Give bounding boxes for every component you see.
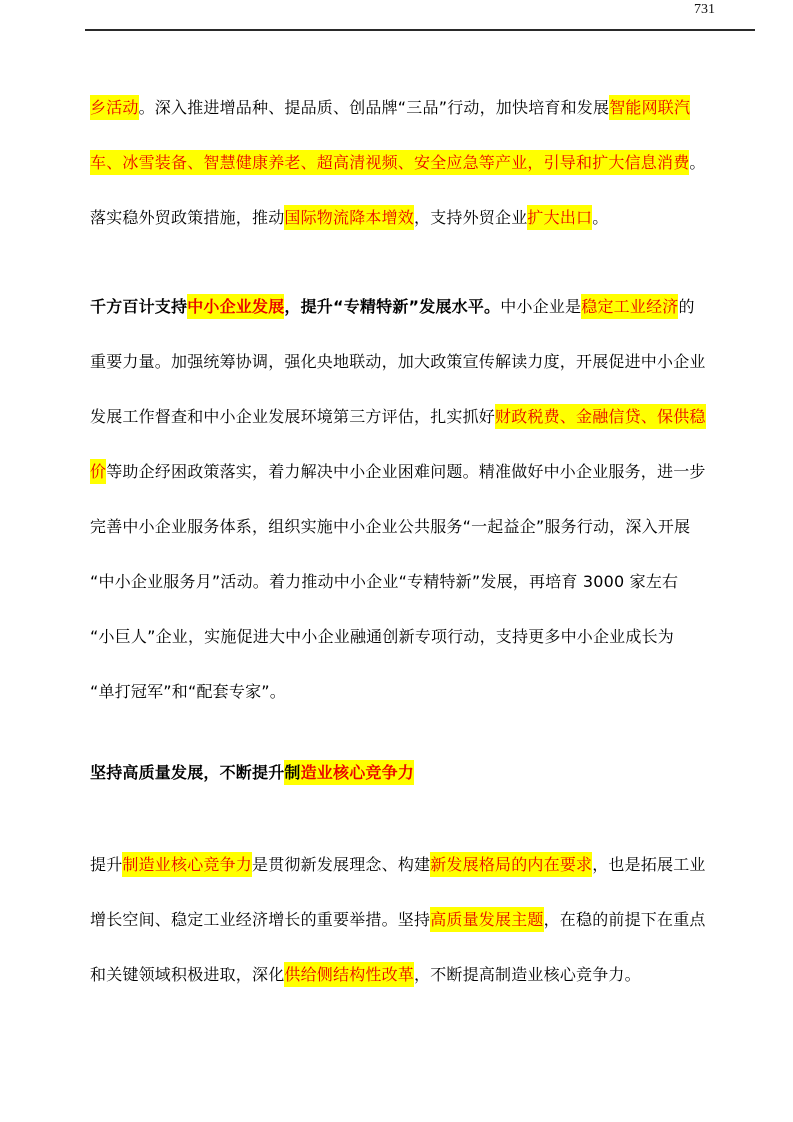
text-line: “小巨人”企业，实施促进大中小企业融通创新专项行动，支持更多中小企业成长为 bbox=[90, 609, 730, 664]
text-segment: 。深入推进增品种、提品质、创品牌“三品”行动，加快培育和发展 bbox=[139, 98, 610, 117]
text-segment: “小巨人”企业，实施促进大中小企业融通创新专项行动，支持更多中小企业成长为 bbox=[90, 627, 674, 646]
text-line: 千方百计支持中小企业发展，提升“专精特新”发展水平。中小企业是稳定工业经济的 bbox=[90, 279, 730, 334]
body-paragraph: 提升制造业核心竞争力是贯彻新发展理念、构建新发展格局的内在要求，也是拓展工业增长… bbox=[90, 837, 730, 1002]
text-line: 提升制造业核心竞争力是贯彻新发展理念、构建新发展格局的内在要求，也是拓展工业 bbox=[90, 837, 730, 892]
body-paragraph: 千方百计支持中小企业发展，提升“专精特新”发展水平。中小企业是稳定工业经济的重要… bbox=[90, 279, 730, 719]
highlighted-text: 供给侧结构性改革 bbox=[284, 962, 414, 987]
highlighted-text: 乡活动 bbox=[90, 95, 139, 120]
text-segment: 。 bbox=[592, 208, 608, 227]
text-segment: 是贯彻新发展理念、构建 bbox=[252, 855, 430, 874]
text-segment: ，不断提高制造业核心竞争力。 bbox=[414, 965, 641, 984]
text-line: 车、冰雪装备、智慧健康养老、超高清视频、安全应急等产业，引导和扩大信息消费。 bbox=[90, 135, 730, 190]
text-line: 增长空间、稳定工业经济增长的重要举措。坚持高质量发展主题，在稳的前提下在重点 bbox=[90, 892, 730, 947]
text-line: 发展工作督查和中小企业发展环境第三方评估，扎实抓好财政税费、金融信贷、保供稳 bbox=[90, 389, 730, 444]
highlighted-text: 稳定工业经济 bbox=[581, 294, 678, 319]
highlighted-text: 财政税费、金融信贷、保供稳 bbox=[495, 404, 706, 429]
text-segment: ，支持外贸企业 bbox=[414, 208, 527, 227]
text-segment: 重要力量。加强统筹协调，强化央地联动，加大政策宣传解读力度，开展促进中小企业 bbox=[90, 352, 706, 371]
highlighted-text: 制造业核心竞争力 bbox=[122, 852, 252, 877]
highlighted-text: 造业核心竞争力 bbox=[301, 760, 414, 785]
text-line: 落实稳外贸政策措施，推动国际物流降本增效，支持外贸企业扩大出口。 bbox=[90, 190, 730, 245]
text-segment: ，也是拓展工业 bbox=[592, 855, 705, 874]
text-segment: ，在稳的前提下在重点 bbox=[544, 910, 706, 929]
text-line: 重要力量。加强统筹协调，强化央地联动，加大政策宣传解读力度，开展促进中小企业 bbox=[90, 334, 730, 389]
highlighted-text: 价 bbox=[90, 459, 106, 484]
text-line: 价等助企纾困政策落实，着力解决中小企业困难问题。精准做好中小企业服务，进一步 bbox=[90, 444, 730, 499]
page-number: 731 bbox=[694, 2, 715, 18]
highlighted-text: 国际物流降本增效 bbox=[284, 205, 414, 230]
text-segment: ，提升“专精特新”发展水平。 bbox=[284, 297, 500, 316]
text-segment: 发展工作督查和中小企业发展环境第三方评估，扎实抓好 bbox=[90, 407, 495, 426]
highlighted-text: 扩大出口 bbox=[527, 205, 592, 230]
body-paragraph: 乡活动。深入推进增品种、提品质、创品牌“三品”行动，加快培育和发展智能网联汽车、… bbox=[90, 80, 730, 245]
text-line: 坚持高质量发展，不断提升制造业核心竞争力 bbox=[90, 745, 730, 800]
text-segment: 完善中小企业服务体系，组织实施中小企业公共服务“一起益企”服务行动，深入开展 bbox=[90, 517, 690, 536]
highlighted-text: 高质量发展主题 bbox=[430, 907, 543, 932]
text-segment: “中小企业服务月”活动。着力推动中小企业“专精特新”发展，再培育 3000 家左… bbox=[90, 572, 678, 591]
text-segment: 落实稳外贸政策措施，推动 bbox=[90, 208, 284, 227]
text-segment: 增长空间、稳定工业经济增长的重要举措。坚持 bbox=[90, 910, 430, 929]
text-segment: 等助企纾困政策落实，着力解决中小企业困难问题。精准做好中小企业服务，进一步 bbox=[106, 462, 705, 481]
text-line: “中小企业服务月”活动。着力推动中小企业“专精特新”发展，再培育 3000 家左… bbox=[90, 554, 730, 609]
highlighted-text: 智能网联汽 bbox=[609, 95, 690, 120]
text-line: “单打冠军”和“配套专家”。 bbox=[90, 664, 730, 719]
text-segment: 提升 bbox=[90, 855, 122, 874]
section-heading: 坚持高质量发展，不断提升制造业核心竞争力 bbox=[90, 745, 730, 800]
text-segment: 。 bbox=[689, 153, 705, 172]
text-segment: 中小企业是 bbox=[500, 297, 581, 316]
header-rule bbox=[85, 29, 755, 31]
text-segment: “单打冠军”和“配套专家”。 bbox=[90, 682, 286, 701]
highlighted-text: 新发展格局的内在要求 bbox=[430, 852, 592, 877]
highlighted-text: 中小企业发展 bbox=[187, 294, 284, 319]
highlighted-text: 制 bbox=[284, 760, 300, 785]
document-page: 731 乡活动。深入推进增品种、提品质、创品牌“三品”行动，加快培育和发展智能网… bbox=[0, 0, 793, 1122]
highlighted-text: 车、冰雪装备、智慧健康养老、超高清视频、安全应急等产业，引导和扩大信息消费 bbox=[90, 150, 689, 175]
text-line: 和关键领域积极进取，深化供给侧结构性改革，不断提高制造业核心竞争力。 bbox=[90, 947, 730, 1002]
text-line: 完善中小企业服务体系，组织实施中小企业公共服务“一起益企”服务行动，深入开展 bbox=[90, 499, 730, 554]
text-segment: 千方百计支持 bbox=[90, 297, 187, 316]
text-segment: 和关键领域积极进取，深化 bbox=[90, 965, 284, 984]
text-line: 乡活动。深入推进增品种、提品质、创品牌“三品”行动，加快培育和发展智能网联汽 bbox=[90, 80, 730, 135]
text-segment: 坚持高质量发展，不断提升 bbox=[90, 763, 284, 782]
text-segment: 的 bbox=[678, 297, 694, 316]
